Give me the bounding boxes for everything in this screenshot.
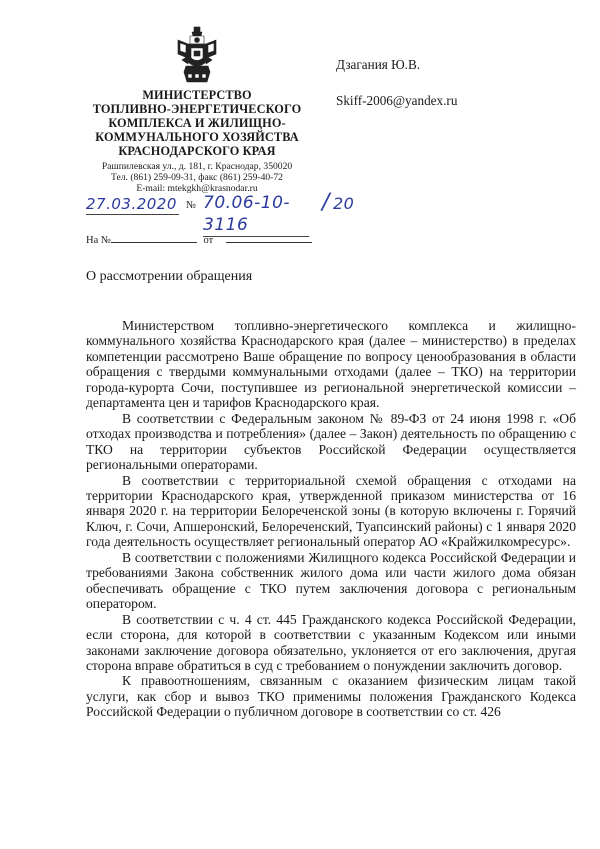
- registration-date: 27.03.2020: [86, 194, 179, 215]
- org-name-line: КОММУНАЛЬНОГО ХОЗЯЙСТВА: [84, 130, 310, 144]
- registration-suffix: 20: [333, 193, 354, 215]
- body-paragraph: В соответствии с территориальной схемой …: [86, 473, 576, 550]
- reference-date-label: от: [204, 235, 214, 246]
- org-name-line: МИНИСТЕРСТВО: [84, 88, 310, 102]
- body-paragraph: К правоотношениям, связанным с оказанием…: [86, 673, 576, 719]
- registration-line: 27.03.2020 № 70.06-10-3116 / 20: [86, 194, 386, 220]
- org-name-line: КРАСНОДАРСКОГО КРАЯ: [84, 144, 310, 158]
- org-name-line: ТОПЛИВНО-ЭНЕРГЕТИЧЕСКОГО: [84, 102, 310, 116]
- letter-subject: О рассмотрении обращения: [86, 268, 252, 285]
- org-name-line: КОМПЛЕКСА И ЖИЛИЩНО-: [84, 116, 310, 130]
- organization-name: МИНИСТЕРСТВО ТОПЛИВНО-ЭНЕРГЕТИЧЕСКОГО КО…: [84, 88, 310, 158]
- reference-date-blank: [226, 232, 312, 243]
- body-paragraph: Министерством топливно-энергетического к…: [86, 318, 576, 411]
- body-paragraph: В соответствии с Федеральным законом № 8…: [86, 411, 576, 473]
- organization-contacts: Рашпилевская ул., д. 181, г. Краснодар, …: [84, 162, 310, 194]
- coat-of-arms-icon: [174, 26, 220, 84]
- letter-body: Министерством топливно-энергетического к…: [86, 318, 576, 720]
- recipient-email: Skiff-2006@yandex.ru: [336, 93, 457, 109]
- registration-slash: /: [322, 188, 330, 218]
- org-phones: Тел. (861) 259-09-31, факс (861) 259-40-…: [84, 173, 310, 184]
- registration-number: 70.06-10-3116: [203, 192, 309, 237]
- body-paragraph: В соответствии с ч. 4 ст. 445 Гражданско…: [86, 612, 576, 674]
- body-paragraph: В соответствии с положениями Жилищного к…: [86, 550, 576, 612]
- reference-number-blank: [111, 232, 197, 243]
- letterhead: МИНИСТЕРСТВО ТОПЛИВНО-ЭНЕРГЕТИЧЕСКОГО КО…: [84, 26, 310, 194]
- letter-page: МИНИСТЕРСТВО ТОПЛИВНО-ЭНЕРГЕТИЧЕСКОГО КО…: [0, 0, 600, 849]
- registration-number-label: №: [186, 200, 196, 211]
- reference-number-label: На №: [86, 235, 111, 246]
- recipient-block: Дзагания Ю.В. Skiff-2006@yandex.ru: [336, 57, 457, 109]
- reference-line: На № от: [86, 232, 312, 248]
- recipient-name: Дзагания Ю.В.: [336, 57, 457, 73]
